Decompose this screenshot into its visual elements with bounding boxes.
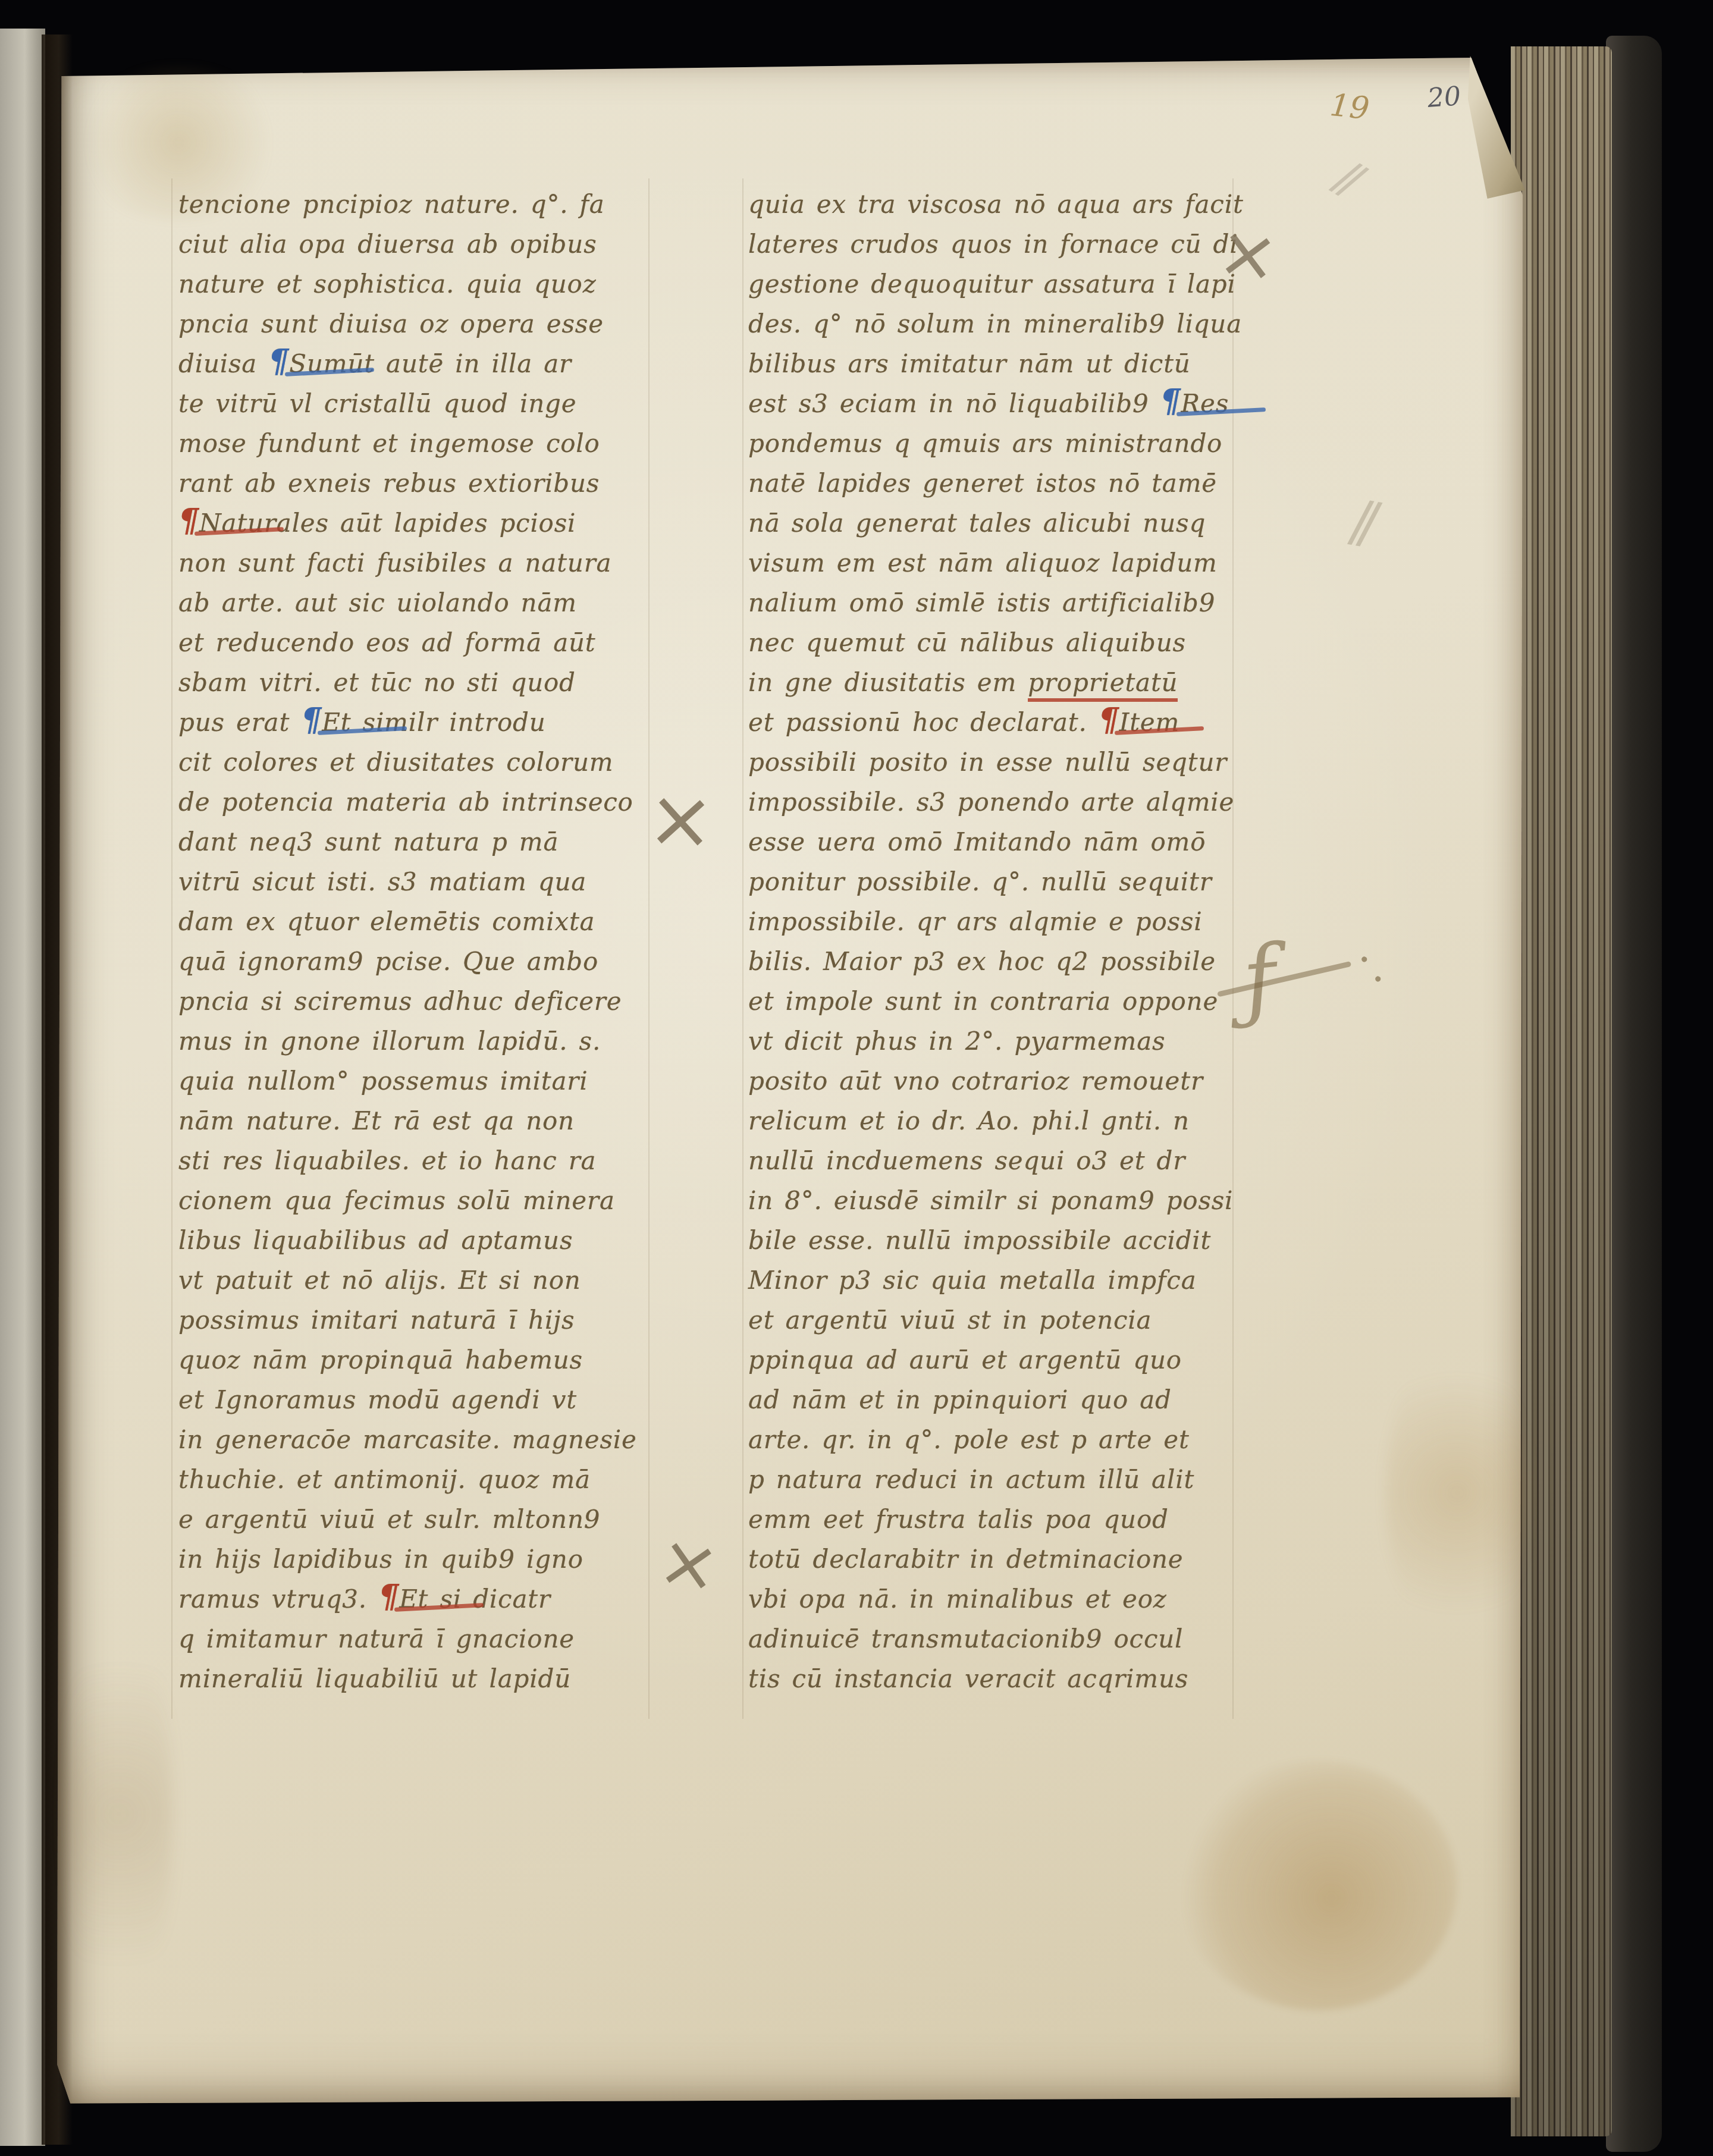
folio-number-ink: 19 bbox=[1328, 87, 1371, 127]
text-segment: in gne diusitatis em bbox=[748, 668, 1028, 697]
text-segment: quā ignoram9 pcise. Que ambo bbox=[178, 947, 598, 976]
manuscript-text-line: cionem qua fecimus solū minera bbox=[178, 1181, 654, 1220]
text-segment: vt patuit et nō alijs. Et si non bbox=[178, 1266, 581, 1295]
manuscript-text-line: lateres crudos quos in fornace cū di bbox=[748, 224, 1240, 264]
manuscript-text-line: vitrū sicut isti. s3 matiam qua bbox=[178, 862, 654, 902]
manuscript-text-line: mineraliū liquabiliū ut lapidū bbox=[178, 1659, 654, 1699]
text-segment: esse uera omō Imitando nām omō bbox=[748, 827, 1206, 856]
manuscript-text-line: et argentū viuū st in potencia bbox=[748, 1300, 1240, 1340]
text-segment: proprietatū bbox=[1028, 668, 1178, 702]
text-segment: ponitur possibile. q°. nullū sequitr bbox=[748, 867, 1212, 896]
text-segment: in generacōe marcasite. magnesie bbox=[178, 1425, 637, 1454]
manuscript-text-line: des. q° nō solum in mineralib9 liqua bbox=[748, 304, 1240, 344]
text-segment: des. q° nō solum in mineralib9 liqua bbox=[748, 309, 1242, 338]
manuscript-text-line: tis cū instancia veracit acqrimus bbox=[748, 1659, 1240, 1699]
facing-page-edge bbox=[0, 29, 45, 2146]
manuscript-text-line: bilibus ars imitatur nām ut dictū bbox=[748, 344, 1240, 384]
text-segment: totū declarabitr in detminacione bbox=[748, 1545, 1183, 1574]
manuscript-text-line: impossibile. qr ars alqmie e possi bbox=[748, 902, 1240, 942]
manuscript-text-line: esse uera omō Imitando nām omō bbox=[748, 822, 1240, 862]
text-segment: posito aūt vno cotrarioz remouetr bbox=[748, 1066, 1203, 1096]
manuscript-text-line: nalium omō simlē istis artificialib9 bbox=[748, 583, 1240, 623]
manuscript-text-line: nā sola generat tales alicubi nusq bbox=[748, 503, 1240, 543]
text-segment: quia nullom° possemus imitari bbox=[178, 1066, 588, 1096]
text-column-left: tencione pncipioz nature. q°. faciut ali… bbox=[178, 184, 654, 1699]
column-rule-right-inner bbox=[742, 178, 743, 1719]
manuscript-text-line: non sunt facti fusibiles a natura bbox=[178, 543, 654, 583]
text-segment: Minor p3 sic quia metalla impfca bbox=[748, 1266, 1196, 1295]
manuscript-text-line: in generacōe marcasite. magnesie bbox=[178, 1420, 654, 1460]
manuscript-photo: { "document": { "kind": "medieval manusc… bbox=[0, 0, 1713, 2156]
text-segment: non sunt facti fusibiles a natura bbox=[178, 548, 611, 578]
manuscript-text-line: posito aūt vno cotrarioz remouetr bbox=[748, 1061, 1240, 1101]
manuscript-text-line: in gne diusitatis em proprietatū bbox=[748, 663, 1240, 702]
manuscript-text-line: q imitamur naturā ī gnacione bbox=[178, 1619, 654, 1659]
text-segment: emm eet frustra talis poa quod bbox=[748, 1505, 1169, 1534]
manuscript-text-line: thuchie. et antimonij. quoz mā bbox=[178, 1460, 654, 1499]
text-segment: relicum et io dr. Ao. phi.l gnti. n bbox=[748, 1106, 1190, 1135]
text-segment: impossibile. s3 ponendo arte alqmie bbox=[748, 787, 1234, 817]
manuscript-text-line: ab arte. aut sic uiolando nām bbox=[178, 583, 654, 623]
text-segment: natē lapides generet istos nō tamē bbox=[748, 469, 1217, 498]
manuscript-text-line: et Ignoramus modū agendi vt bbox=[178, 1380, 654, 1420]
manuscript-text-line: possimus imitari naturā ī hijs bbox=[178, 1300, 654, 1340]
text-segment: Naturales aūt lapides pciosi bbox=[199, 509, 576, 538]
fore-edge-pages bbox=[1511, 46, 1612, 2136]
manuscript-text-line: pondemus q qmuis ars ministrando bbox=[748, 423, 1240, 463]
text-segment: e argentū viuū et sulr. mltonn9 bbox=[178, 1505, 600, 1534]
manuscript-text-line: possibili posito in esse nullū seqtur bbox=[748, 742, 1240, 782]
manuscript-text-line: quoz nām propinquā habemus bbox=[178, 1340, 654, 1380]
manuscript-text-line: bile esse. nullū impossibile accidit bbox=[748, 1220, 1240, 1260]
manuscript-text-line: nature et sophistica. quia quoz bbox=[178, 264, 654, 304]
text-segment: mose fundunt et ingemose colo bbox=[178, 429, 600, 458]
text-segment: et impole sunt in contraria oppone bbox=[748, 987, 1218, 1016]
manuscript-text-line: tencione pncipioz nature. q°. fa bbox=[178, 184, 654, 224]
manuscript-text-line: mus in gnone illorum lapidū. s. bbox=[178, 1021, 654, 1061]
text-segment: est s3 eciam in nō liquabilib9 bbox=[748, 389, 1160, 418]
text-segment: quoz nām propinquā habemus bbox=[178, 1345, 583, 1374]
manuscript-text-line: ramus vtruq3. ¶Et si dicatr bbox=[178, 1579, 654, 1619]
text-segment: vbi opa nā. in minalibus et eoz bbox=[748, 1584, 1167, 1614]
text-segment: et passionū hoc declarat. bbox=[748, 708, 1099, 737]
text-segment: dant neq3 sunt natura p mā bbox=[178, 827, 559, 856]
manuscript-text-line: natē lapides generet istos nō tamē bbox=[748, 463, 1240, 503]
text-segment: pncia sunt diuisa oz opera esse bbox=[178, 309, 604, 338]
text-segment: possimus imitari naturā ī hijs bbox=[178, 1305, 575, 1335]
manuscript-text-line: dam ex qtuor elemētis comixta bbox=[178, 902, 654, 942]
manuscript-text-line: ppinqua ad aurū et argentū quo bbox=[748, 1340, 1240, 1380]
manuscript-text-line: ponitur possibile. q°. nullū sequitr bbox=[748, 862, 1240, 902]
manuscript-text-line: arte. qr. in q°. pole est p arte et bbox=[748, 1420, 1240, 1460]
manuscript-text-line: visum em est nām aliquoz lapidum bbox=[748, 543, 1240, 583]
text-column-right: quia ex tra viscosa nō aqua ars facitlat… bbox=[748, 184, 1240, 1699]
text-segment: et argentū viuū st in potencia bbox=[748, 1305, 1152, 1335]
manuscript-text-line: bilis. Maior p3 ex hoc q2 possibile bbox=[748, 942, 1240, 981]
text-segment: nām nature. Et rā est qa non bbox=[178, 1106, 575, 1135]
text-segment: nalium omō simlē istis artificialib9 bbox=[748, 588, 1215, 617]
text-segment: thuchie. et antimonij. quoz mā bbox=[178, 1465, 591, 1494]
x-mark-right-margin: × bbox=[1213, 215, 1282, 294]
manuscript-text-line: rant ab exneis rebus extioribus bbox=[178, 463, 654, 503]
manuscript-text-line: in 8°. eiusdē similr si ponam9 possi bbox=[748, 1181, 1240, 1220]
manuscript-text-line: emm eet frustra talis poa quod bbox=[748, 1499, 1240, 1539]
manuscript-text-line: ad nām et in ppinquiori quo ad bbox=[748, 1380, 1240, 1420]
manuscript-text-line: te vitrū vl cristallū quod inge bbox=[178, 384, 654, 423]
manuscript-text-line: mose fundunt et ingemose colo bbox=[178, 423, 654, 463]
text-segment: nullū incduemens sequi o3 et dr bbox=[748, 1146, 1185, 1175]
manuscript-text-line: de potencia materia ab intrinseco bbox=[178, 782, 654, 822]
text-segment: visum em est nām aliquoz lapidum bbox=[748, 548, 1218, 578]
text-segment: gestione dequoquitur assatura ī lapi bbox=[748, 269, 1236, 299]
manuscript-text-line: relicum et io dr. Ao. phi.l gnti. n bbox=[748, 1101, 1240, 1141]
text-segment: lateres crudos quos in fornace cū di bbox=[748, 230, 1238, 259]
manuscript-text-line: et impole sunt in contraria oppone bbox=[748, 981, 1240, 1021]
manuscript-text-line: sbam vitri. et tūc no sti quod bbox=[178, 663, 654, 702]
manuscript-text-line: ¶Naturales aūt lapides pciosi bbox=[178, 503, 654, 543]
text-segment: vt dicit phus in 2°. pyarmemas bbox=[748, 1027, 1165, 1056]
text-segment: pncia si sciremus adhuc deficere bbox=[178, 987, 622, 1016]
manuscript-text-line: gestione dequoquitur assatura ī lapi bbox=[748, 264, 1240, 304]
text-segment: mus in gnone illorum lapidū. s. bbox=[178, 1027, 601, 1056]
leather-binding bbox=[1606, 36, 1662, 2152]
text-segment: cit colores et diusitates colorum bbox=[178, 748, 613, 777]
text-segment: bile esse. nullū impossibile accidit bbox=[748, 1226, 1211, 1255]
manuscript-text-line: Minor p3 sic quia metalla impfca bbox=[748, 1260, 1240, 1300]
text-segment: nā sola generat tales alicubi nusq bbox=[748, 509, 1206, 538]
text-segment: q imitamur naturā ī gnacione bbox=[178, 1624, 575, 1653]
text-segment: te vitrū vl cristallū quod inge bbox=[178, 389, 576, 418]
text-segment: ramus vtruq3. bbox=[178, 1584, 378, 1614]
text-segment: cionem qua fecimus solū minera bbox=[178, 1186, 615, 1215]
manuscript-text-line: vbi opa nā. in minalibus et eoz bbox=[748, 1579, 1240, 1619]
text-segment: ab arte. aut sic uiolando nām bbox=[178, 588, 577, 617]
text-segment: pus erat bbox=[178, 708, 301, 737]
manuscript-text-line: pncia sunt diuisa oz opera esse bbox=[178, 304, 654, 344]
manuscript-text-line: vt patuit et nō alijs. Et si non bbox=[178, 1260, 654, 1300]
manuscript-text-line: e argentū viuū et sulr. mltonn9 bbox=[178, 1499, 654, 1539]
text-segment: sti res liquabiles. et io hanc ra bbox=[178, 1146, 596, 1175]
text-segment: nature et sophistica. quia quoz bbox=[178, 269, 597, 299]
text-segment: adinuicē transmutacionib9 occul bbox=[748, 1624, 1183, 1653]
text-segment: in hijs lapidibus in quib9 igno bbox=[178, 1545, 583, 1574]
manuscript-text-line: ciut alia opa diuersa ab opibus bbox=[178, 224, 654, 264]
text-segment: diuisa bbox=[178, 349, 268, 378]
manuscript-text-line: et passionū hoc declarat. ¶Item bbox=[748, 702, 1240, 742]
text-segment: tencione pncipioz nature. q°. fa bbox=[178, 190, 605, 219]
manuscript-text-line: cit colores et diusitates colorum bbox=[178, 742, 654, 782]
manuscript-text-line: impossibile. s3 ponendo arte alqmie bbox=[748, 782, 1240, 822]
text-segment: p natura reduci in actum illū alit bbox=[748, 1465, 1194, 1494]
manuscript-text-line: in hijs lapidibus in quib9 igno bbox=[178, 1539, 654, 1579]
text-segment: impossibile. qr ars alqmie e possi bbox=[748, 907, 1203, 936]
text-segment: ad nām et in ppinquiori quo ad bbox=[748, 1385, 1172, 1414]
text-segment: ciut alia opa diuersa ab opibus bbox=[178, 230, 597, 259]
manuscript-text-line: et reducendo eos ad formā aūt bbox=[178, 623, 654, 663]
manuscript-text-line: quā ignoram9 pcise. Que ambo bbox=[178, 942, 654, 981]
manuscript-text-line: quia nullom° possemus imitari bbox=[178, 1061, 654, 1101]
column-rule-left-outer bbox=[171, 178, 172, 1719]
manuscript-text-line: dant neq3 sunt natura p mā bbox=[178, 822, 654, 862]
x-mark-after-dicat: × bbox=[653, 1524, 724, 1605]
manuscript-text-line: diuisa ¶Sumūt autē in illa ar bbox=[178, 344, 654, 384]
manuscript-text-line: sti res liquabiles. et io hanc ra bbox=[178, 1141, 654, 1181]
text-segment: mineraliū liquabiliū ut lapidū bbox=[178, 1664, 571, 1693]
manuscript-text-line: quia ex tra viscosa nō aqua ars facit bbox=[748, 184, 1240, 224]
text-segment: bilibus ars imitatur nām ut dictū bbox=[748, 349, 1191, 378]
text-segment: arte. qr. in q°. pole est p arte et bbox=[748, 1425, 1190, 1454]
text-segment: libus liquabilibus ad aptamus bbox=[178, 1226, 573, 1255]
text-segment: sbam vitri. et tūc no sti quod bbox=[178, 668, 576, 697]
manuscript-text-line: nām nature. Et rā est qa non bbox=[178, 1101, 654, 1141]
x-mark-gutter: × bbox=[645, 777, 717, 861]
text-segment: de potencia materia ab intrinseco bbox=[178, 787, 633, 817]
folio-number-pencil: 20 bbox=[1426, 81, 1461, 114]
text-segment: et Ignoramus modū agendi vt bbox=[178, 1385, 577, 1414]
manuscript-text-line: pus erat ¶Et similr introdu bbox=[178, 702, 654, 742]
text-segment: quia ex tra viscosa nō aqua ars facit bbox=[748, 190, 1244, 219]
text-segment: pondemus q qmuis ars ministrando bbox=[748, 429, 1222, 458]
manuscript-text-line: totū declarabitr in detminacione bbox=[748, 1539, 1240, 1579]
text-segment: in 8°. eiusdē similr si ponam9 possi bbox=[748, 1186, 1233, 1215]
text-segment: tis cū instancia veracit acqrimus bbox=[748, 1664, 1188, 1693]
manuscript-text-line: pncia si sciremus adhuc deficere bbox=[178, 981, 654, 1021]
manuscript-text-line: nec quemut cū nālibus aliquibus bbox=[748, 623, 1240, 663]
text-segment: dam ex qtuor elemētis comixta bbox=[178, 907, 595, 936]
text-segment: rant ab exneis rebus extioribus bbox=[178, 469, 600, 498]
manuscript-text-line: nullū incduemens sequi o3 et dr bbox=[748, 1141, 1240, 1181]
text-segment: nec quemut cū nālibus aliquibus bbox=[748, 628, 1186, 657]
text-segment: vitrū sicut isti. s3 matiam qua bbox=[178, 867, 586, 896]
text-segment: possibili posito in esse nullū seqtur bbox=[748, 748, 1227, 777]
text-segment: bilis. Maior p3 ex hoc q2 possibile bbox=[748, 947, 1216, 976]
manuscript-text-line: p natura reduci in actum illū alit bbox=[748, 1460, 1240, 1499]
manuscript-text-line: est s3 eciam in nō liquabilib9 ¶Res bbox=[748, 384, 1240, 423]
text-segment: et reducendo eos ad formā aūt bbox=[178, 628, 596, 657]
text-segment: ppinqua ad aurū et argentū quo bbox=[748, 1345, 1182, 1374]
manuscript-text-line: libus liquabilibus ad aptamus bbox=[178, 1220, 654, 1260]
manuscript-text-line: vt dicit phus in 2°. pyarmemas bbox=[748, 1021, 1240, 1061]
manuscript-text-line: adinuicē transmutacionib9 occul bbox=[748, 1619, 1240, 1659]
